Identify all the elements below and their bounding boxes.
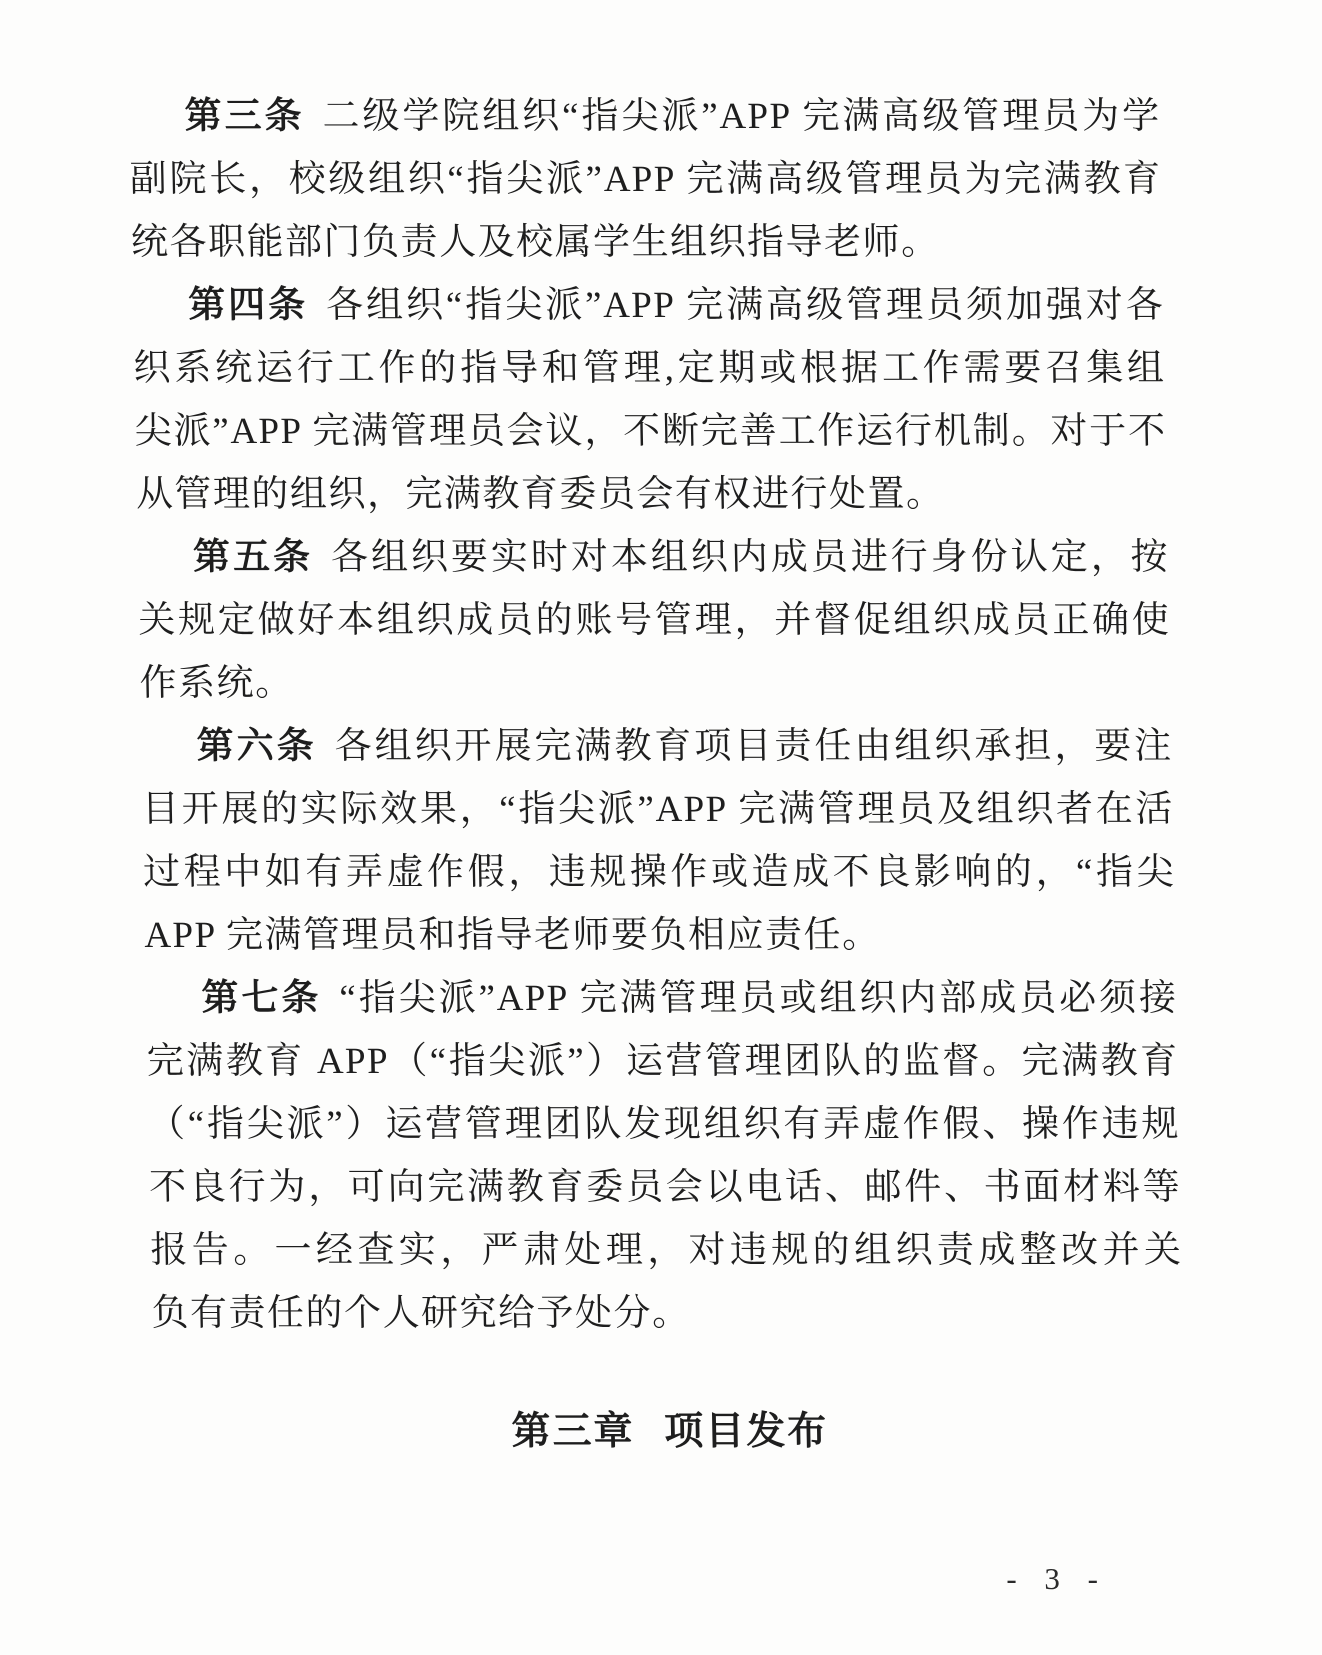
document-body: 第三条二级学院组织“指尖派”APP 完满高级管理员为学工 副院长，校级组织“指尖…: [128, 85, 1186, 1463]
text-line: 第三条二级学院组织“指尖派”APP 完满高级管理员为学工: [128, 85, 1161, 148]
article-4-paragraph: 第四条各组织“指尖派”APP 完满高级管理员须加强对各组 织系统运行工作的指导和…: [132, 274, 1169, 526]
chapter-heading: 第三章 项目发布: [153, 1400, 1186, 1463]
article-6-number-label: 第六条: [196, 726, 335, 767]
text-line: （“指尖派”）运营管理团队发现组织有弄虚作假、操作违规等: [147, 1093, 1180, 1156]
text-line: APP 完满管理员和指导老师要负相应责任。: [144, 904, 1177, 967]
text-line: 第六条各组织开展完满教育项目责任由组织承担，要注重项: [140, 715, 1173, 778]
text-line: 副院长，校级组织“指尖派”APP 完满高级管理员为完满教育系: [129, 148, 1162, 211]
article-7-paragraph: 第七条“指尖派”APP 完满管理员或组织内部成员必须接受 完满教育 APP（“指…: [145, 967, 1184, 1345]
article-5-number-label: 第五条: [193, 537, 332, 578]
text-line: 报告。一经查实，严肃处理，对违规的组织责成整改并关停。对: [150, 1219, 1183, 1282]
text-line: 作系统。: [139, 652, 1172, 715]
text-line: 过程中如有弄虚作假，违规操作或造成不良影响的，“指尖派”: [143, 841, 1176, 904]
article-3-number-label: 第三条: [184, 96, 323, 137]
text-line: 第五条各组织要实时对本组织内成员进行身份认定，按照相: [136, 526, 1169, 589]
text-line: 不良行为，可向完满教育委员会以电话、邮件、书面材料等形式: [149, 1156, 1182, 1219]
text-line: 完满教育 APP（“指尖派”）运营管理团队的监督。完满教育 APP: [146, 1030, 1179, 1093]
text-line: 尖派”APP 完满管理员会议，不断完善工作运行机制。对于不服: [134, 400, 1167, 463]
page-number: - 3 -: [1006, 1561, 1108, 1597]
article-4-number-label: 第四条: [188, 285, 327, 326]
text-line: 织系统运行工作的指导和管理,定期或根据工作需要召集组织“指: [133, 337, 1166, 400]
text-line: 负有责任的个人研究给予处分。: [151, 1282, 1184, 1345]
text-line: 关规定做好本组织成员的账号管理，并督促组织成员正确使用操: [138, 589, 1171, 652]
article-5-paragraph: 第五条各组织要实时对本组织内成员进行身份认定，按照相 关规定做好本组织成员的账号…: [136, 526, 1172, 715]
article-7-number-label: 第七条: [201, 978, 340, 1019]
document-page: 第三条二级学院组织“指尖派”APP 完满高级管理员为学工 副院长，校级组织“指尖…: [0, 0, 1322, 1655]
text-line: 从管理的组织，完满教育委员会有权进行处置。: [135, 463, 1168, 526]
article-6-paragraph: 第六条各组织开展完满教育项目责任由组织承担，要注重项 目开展的实际效果，“指尖派…: [140, 715, 1177, 967]
text-line: 统各职能部门负责人及校属学生组织指导老师。: [130, 211, 1163, 274]
article-3-paragraph: 第三条二级学院组织“指尖派”APP 完满高级管理员为学工 副院长，校级组织“指尖…: [128, 85, 1164, 274]
text-line: 第四条各组织“指尖派”APP 完满高级管理员须加强对各组: [132, 274, 1165, 337]
text-line: 第七条“指尖派”APP 完满管理员或组织内部成员必须接受: [145, 967, 1178, 1030]
text-line: 目开展的实际效果，“指尖派”APP 完满管理员及组织者在活动: [141, 778, 1174, 841]
